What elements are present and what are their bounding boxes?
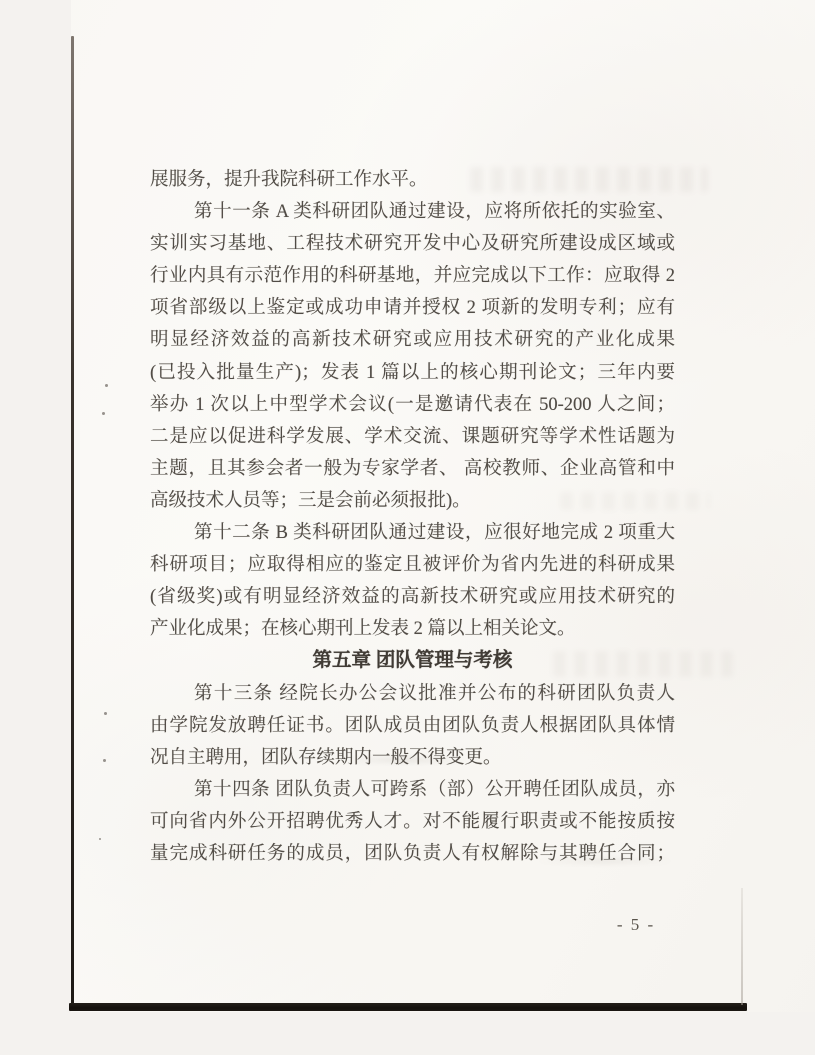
doc-line: 况自主聘用，团队存续期内一般不得变更。 (150, 742, 675, 774)
doc-line: 高级技术人员等；三是会前必须报批)。 (150, 485, 675, 517)
scanned-document-page: { "doc": { "lines": [ {"text": "展服务，提升我院… (0, 0, 815, 1055)
ink-speck (102, 412, 105, 415)
document-text-block: 展服务，提升我院科研工作水平。 第十一条 A 类科研团队通过建设，应将所依托的实… (150, 164, 675, 870)
doc-line-article-13: 第十三条 经院长办公会议批准并公布的科研团队负责人 (150, 678, 675, 710)
doc-line-article-11: 第十一条 A 类科研团队通过建设，应将所依托的实验室、 (150, 196, 675, 228)
left-margin-area (0, 0, 71, 1055)
right-page-edge-line (741, 888, 743, 1005)
doc-line: 由学院发放聘任证书。团队成员由团队负责人根据团队具体情 (150, 710, 675, 742)
doc-line: 主题，且其参会者一般为专家学者、 高校教师、企业高管和中 (150, 453, 675, 485)
bottom-margin-area (0, 1012, 815, 1055)
doc-line: 科研项目；应取得相应的鉴定且被评价为省内先进的科研成果 (150, 549, 675, 581)
doc-line: 展服务，提升我院科研工作水平。 (150, 164, 675, 196)
doc-line-article-14: 第十四条 团队负责人可跨系（部）公开聘任团队成员，亦 (150, 774, 675, 806)
page-number: - 5 - (594, 915, 678, 935)
doc-line: 项省部级以上鉴定或成功申请并授权 2 项新的发明专利；应有 (150, 292, 675, 324)
doc-line: 行业内具有示范作用的科研基地，并应完成以下工作：应取得 2 (150, 260, 675, 292)
doc-line-article-12: 第十二条 B 类科研团队通过建设，应很好地完成 2 项重大 (150, 517, 675, 549)
chapter-heading: 第五章 团队管理与考核 (150, 645, 675, 677)
doc-line: 可向省内外公开招聘优秀人才。对不能履行职责或不能按质按 (150, 806, 675, 838)
doc-line: 二是应以促进科学发展、学术交流、课题研究等学术性话题为 (150, 421, 675, 453)
doc-line: (省级奖)或有明显经济效益的高新技术研究或应用技术研究的 (150, 581, 675, 613)
bottom-page-edge-shadow (69, 1003, 747, 1011)
ink-speck (99, 838, 101, 840)
doc-line: 实训实习基地、工程技术研究开发中心及研究所建设成区域或 (150, 228, 675, 260)
left-page-edge-shadow (71, 36, 74, 1010)
doc-line: 产业化成果；在核心期刊上发表 2 篇以上相关论文。 (150, 613, 675, 645)
doc-line: (已投入批量生产)；发表 1 篇以上的核心期刊论文；三年内要 (150, 357, 675, 389)
doc-line: 举办 1 次以上中型学术会议(一是邀请代表在 50-200 人之间； (150, 389, 675, 421)
ink-speck (105, 384, 108, 387)
ink-speck (104, 712, 107, 715)
doc-line: 明显经济效益的高新技术研究或应用技术研究的产业化成果 (150, 324, 675, 356)
doc-line: 量完成科研任务的成员，团队负责人有权解除与其聘任合同； (150, 838, 675, 870)
ink-speck (103, 759, 106, 762)
